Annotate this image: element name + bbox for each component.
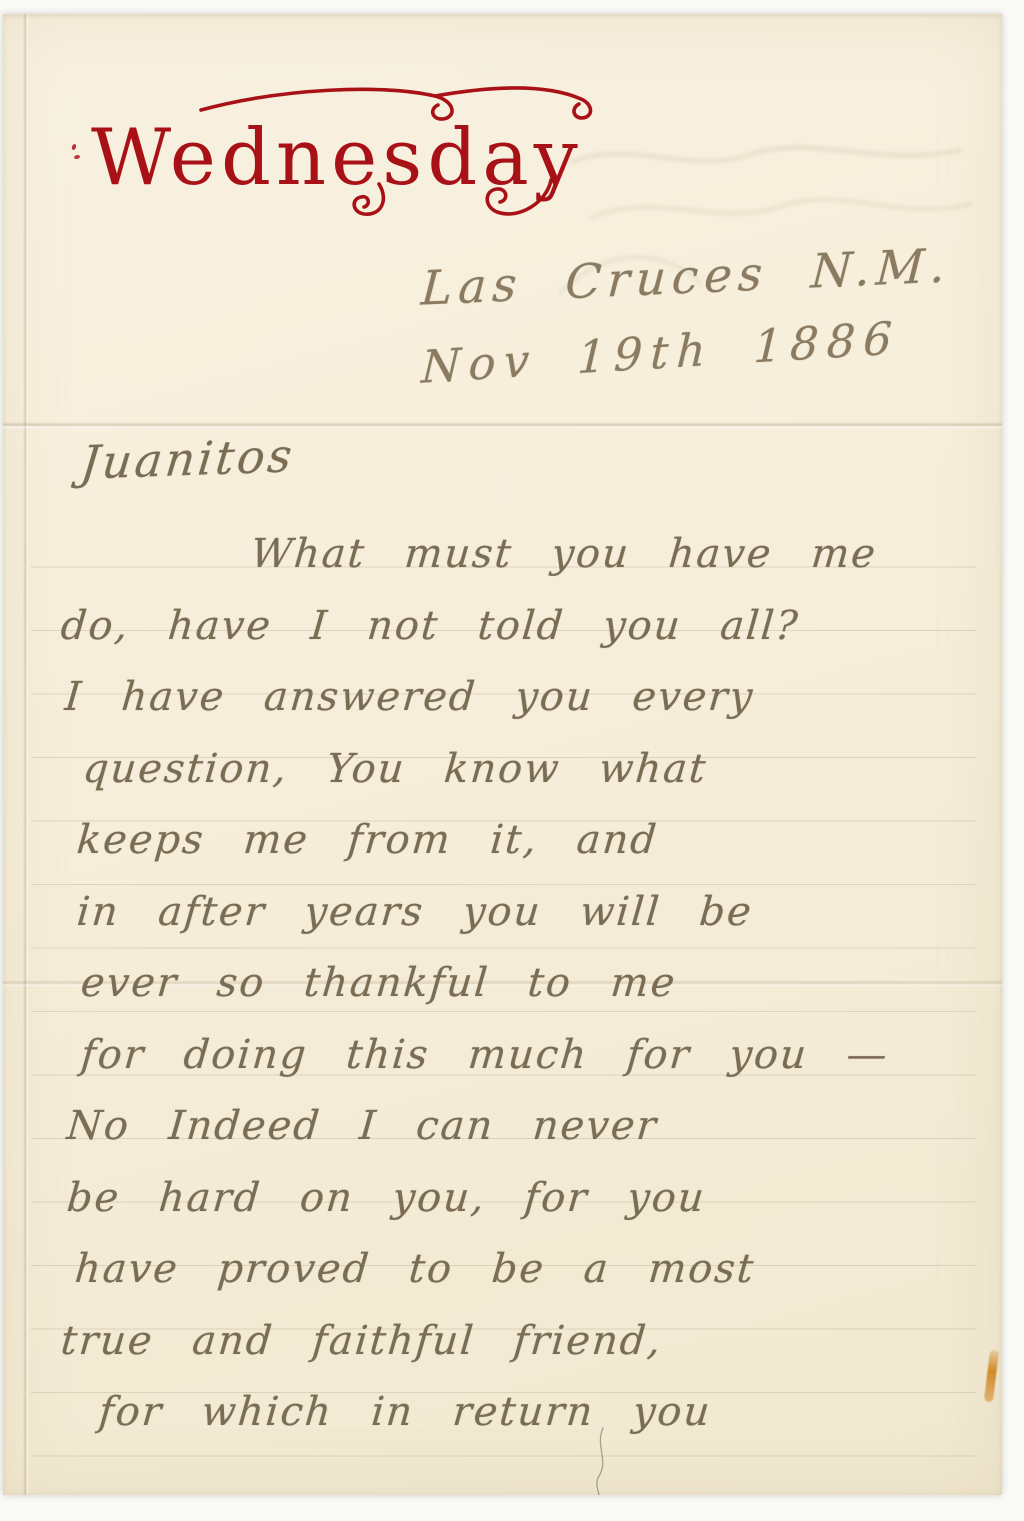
- handwriting-line: do, have I not told you all?: [58, 591, 985, 663]
- letter-body: What must you have me do, have I not tol…: [61, 519, 982, 1449]
- handwriting-line: keeps me from it, and: [58, 805, 985, 877]
- handwriting-line: for which in return you: [58, 1377, 985, 1449]
- letter-page: Wednesday Las Cruces N.M. Nov 19th 1886 …: [3, 14, 1002, 1495]
- handwriting-line: be hard on you, for you: [58, 1163, 985, 1235]
- handwriting-line: ever so thankful to me: [58, 948, 985, 1020]
- wednesday-text: Wednesday: [91, 113, 583, 203]
- salutation: Juanitos: [78, 428, 297, 490]
- handwriting-line: in after years you will be: [58, 877, 985, 949]
- handwriting-line: I have answered you every: [58, 662, 985, 734]
- handwriting-line: for doing this much for you —: [58, 1020, 985, 1092]
- fold-crease-horizontal-top: [3, 422, 1002, 429]
- orange-stain: [984, 1350, 999, 1403]
- wednesday-header: Wednesday: [83, 72, 608, 232]
- handwriting-line: true and faithful friend,: [58, 1306, 985, 1378]
- red-ink-dots: [68, 142, 80, 166]
- fiber-hair: [589, 1426, 615, 1495]
- fold-crease-vertical: [23, 14, 29, 1495]
- scan-background: { "document": { "header": { "day": "Wedn…: [0, 0, 1024, 1521]
- handwriting-line: What must you have me: [58, 519, 985, 591]
- handwriting-line: question, You know what: [58, 734, 985, 806]
- handwriting-line: have proved to be a most: [58, 1234, 985, 1306]
- handwriting-line: No Indeed I can never: [58, 1091, 985, 1163]
